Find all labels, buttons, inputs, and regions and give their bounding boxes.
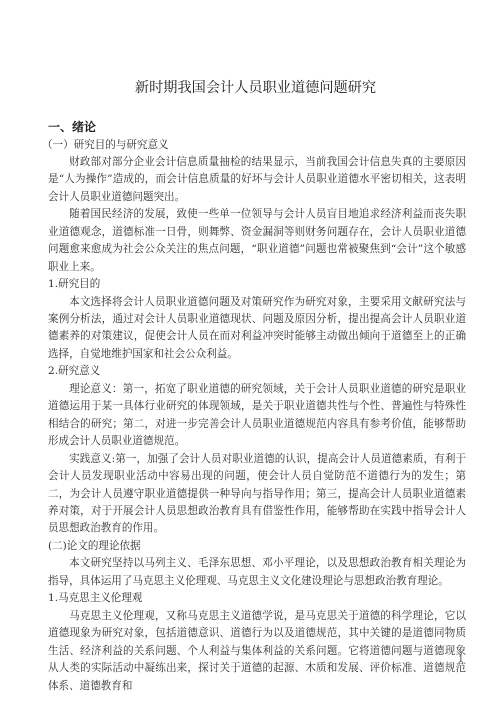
document-page: 新时期我国会计人员职业道德问题研究 一、绪论 （一）研究目的与研究意义 财政部对…	[0, 0, 500, 707]
heading-research-purpose: 1.研究目的	[48, 276, 466, 293]
section-heading-introduction: 一、绪论	[48, 118, 96, 136]
heading-research-significance: 2.研究意义	[48, 363, 466, 380]
document-title: 新时期我国会计人员职业道德问题研究	[0, 78, 500, 98]
heading-marxist-ethics: 1.马克思主义伦理观	[48, 590, 466, 607]
paragraph-practical-significance: 实践意义:第一，加强了会计人员对职业道德的认识，提高会计人员道德素质，有利于会计…	[48, 451, 466, 538]
page-number: 1	[458, 654, 464, 666]
paragraph-marxist-ethics: 马克思主义伦理观，又称马克思主义道德学说，是马克思关于道德的科学理论，它以道德现…	[48, 608, 466, 695]
document-body: （一）研究目的与研究意义 财政部对部分企业会计信息质量抽检的结果显示，当前我国会…	[48, 137, 466, 696]
subsection-heading-theoretical-basis: (二)论文的理论依据	[48, 538, 466, 555]
subsection-heading-purpose-significance: （一）研究目的与研究意义	[42, 137, 466, 154]
paragraph-theoretical-significance: 理论意义：第一，拓宽了职业道德的研究领域，关于会计人员职业道德的研究是职业道德运…	[48, 381, 466, 451]
paragraph-background-2: 随着国民经济的发展，致使一些单一位领导与会计人员盲目地追求经济利益而丧失职业道德…	[48, 206, 466, 276]
paragraph-background-1: 财政部对部分企业会计信息质量抽检的结果显示，当前我国会计信息失真的主要原因是“人…	[48, 154, 466, 206]
paragraph-research-purpose: 本文选择将会计人员职业道德问题及对策研究作为研究对象，主要采用文献研究法与案例分…	[48, 294, 466, 364]
paragraph-theoretical-basis: 本文研究坚持以马列主义、毛泽东思想、邓小平理论，以及思想政治教育相关理论为指导，…	[48, 555, 466, 590]
